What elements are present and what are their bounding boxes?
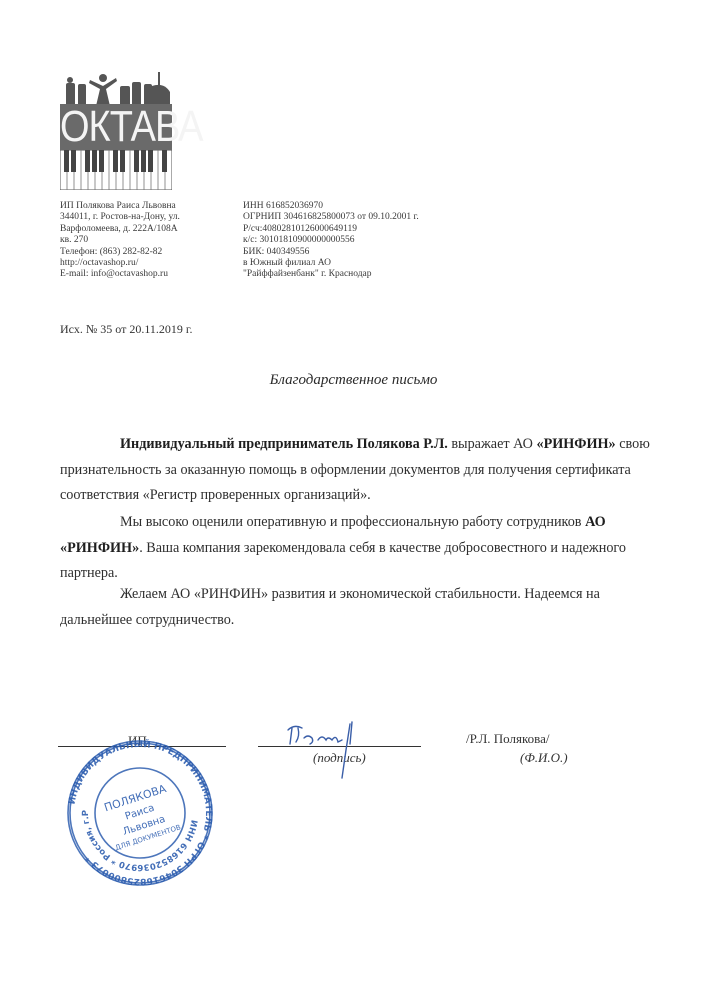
- phone: Телефон: (863) 282-82-82: [60, 247, 180, 258]
- company-requisites-block: ИНН 616852036970 ОГРНИП 304616825800073 …: [243, 201, 419, 281]
- logo-wordmark: ОКТАВА: [60, 104, 172, 150]
- letter-title: Благодарственное письмо: [0, 372, 707, 389]
- website-link[interactable]: http://octavashop.ru/: [60, 258, 180, 269]
- company-logo: ОКТАВА: [58, 72, 176, 194]
- paragraph-2: Мы высоко оценили оперативную и професси…: [60, 510, 655, 587]
- address-line-2: Варфоломеева, д. 222А/108А: [60, 224, 180, 235]
- bank-line-2: "Райффайзенбанк" г. Краснодар: [243, 269, 419, 280]
- paragraph-1: Индивидуальный предприниматель Полякова …: [60, 432, 655, 509]
- address-line-3: кв. 270: [60, 235, 180, 246]
- sender-name: Индивидуальный предприниматель Полякова …: [120, 436, 448, 452]
- p1-text-mid: выражает АО: [448, 436, 537, 452]
- email-link[interactable]: E-mail: info@octavashop.ru: [60, 269, 180, 280]
- recipient-company: «РИНФИН»: [536, 436, 615, 452]
- company-address-block: ИП Полякова Раиса Львовна 344011, г. Рос…: [60, 201, 180, 281]
- ogrnip: ОГРНИП 304616825800073 от 09.10.2001 г.: [243, 212, 419, 223]
- address-line-1: 344011, г. Ростов-на-Дону, ул.: [60, 212, 180, 223]
- signer-name: /Р.Л. Полякова/: [466, 731, 549, 747]
- account: Р/сч:40802810126000649119: [243, 224, 419, 235]
- paragraph-3: Желаем АО «РИНФИН» развития и экономичес…: [60, 582, 655, 633]
- corr-account: к/с: 30101810900000000556: [243, 235, 419, 246]
- handwritten-signature-icon: [280, 720, 390, 780]
- outgoing-reference: Исх. № 35 от 20.11.2019 г.: [60, 322, 193, 337]
- p3-text: Желаем АО «РИНФИН» развития и экономичес…: [60, 586, 600, 628]
- p2-text-start: Мы высоко оценили оперативную и професси…: [120, 514, 585, 530]
- inn: ИНН 616852036970: [243, 201, 419, 212]
- p2-text-rest: . Ваша компания зарекомендовала себя в к…: [60, 540, 626, 582]
- musicians-silhouette-icon: [60, 72, 172, 106]
- company-name: ИП Полякова Раиса Львовна: [60, 201, 180, 212]
- official-stamp-icon: ИНДИВИДУАЛЬНЫЙ ПРЕДПРИНИМАТЕЛЬ * ОГРН 30…: [60, 738, 220, 888]
- bank-line-1: в Южный филиал АО: [243, 258, 419, 269]
- piano-keys-icon: [60, 150, 172, 190]
- bik: БИК: 040349556: [243, 247, 419, 258]
- signer-name-caption: (Ф.И.О.): [520, 750, 568, 766]
